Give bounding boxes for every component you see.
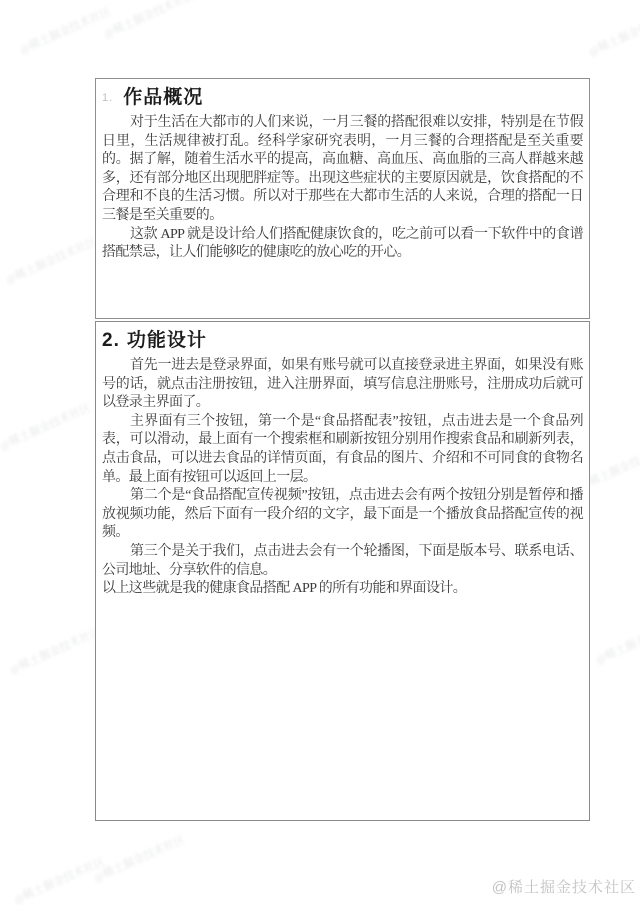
paragraph: 主界面有三个按钮，第一个是“食品搭配表”按钮，点击进去是一个食品列表，可以滑动，…: [102, 413, 583, 487]
diagonal-watermark: @稀土掘金技术社区: [593, 613, 640, 668]
diagonal-watermark: @稀土掘金技术社区: [91, 831, 187, 886]
section-overview-body: 对于生活在大都市的人们来说，一月三餐的搭配很难以安排，特别是在节假日里，生活规律…: [102, 114, 583, 263]
diagonal-watermark: @稀土掘金技术社区: [11, 853, 107, 906]
diagonal-watermark: @稀土掘金技术社区: [101, 0, 197, 41]
section-design-number: 2.: [102, 330, 120, 352]
scanned-document-page: @稀土掘金技术社区 @稀土掘金技术社区 @稀土掘金技术社区 @稀土掘金技术社区 …: [0, 0, 640, 906]
paragraph: 第三个是关于我们，点击进去会有一个轮播图，下面是版本号、联系电话、公司地址、分享…: [102, 543, 583, 580]
section-design-heading: 2.功能设计: [102, 330, 583, 352]
community-watermark: @稀土掘金技术社区: [492, 876, 636, 897]
diagonal-watermark: @稀土掘金技术社区: [17, 3, 113, 58]
section-overview-heading: 1.作品概况: [102, 87, 583, 109]
section-overview-number: 1.: [102, 87, 113, 109]
paragraph: 首先一进去是登录界面，如果有账号就可以直接登录进主界面，如果没有账号的话，就点击…: [102, 357, 583, 413]
section-design-title: 功能设计: [127, 330, 207, 351]
paragraph: 这款 APP 就是设计给人们搭配健康饮食的，吃之前可以看一下软件中的食谱搭配禁忌…: [102, 226, 583, 263]
diagonal-watermark: @稀土掘金技术社区: [0, 399, 93, 454]
diagonal-watermark: @稀土掘金技术社区: [7, 623, 103, 678]
section-design-box: 2.功能设计 首先一进去是登录界面，如果有账号就可以直接登录进主界面，如果没有账…: [95, 321, 590, 821]
section-overview-box: 1.作品概况 对于生活在大都市的人们来说，一月三餐的搭配很难以安排，特别是在节假…: [95, 78, 590, 319]
section-overview-title: 作品概况: [123, 87, 203, 108]
paragraph: 对于生活在大都市的人们来说，一月三餐的搭配很难以安排，特别是在节假日里，生活规律…: [102, 114, 583, 226]
diagonal-watermark: @稀土掘金技术社区: [3, 233, 99, 288]
paragraph: 第二个是“食品搭配宣传视频”按钮，点击进去会有两个按钮分别是暂停和播放视频功能，…: [102, 487, 583, 543]
diagonal-watermark: @稀土掘金技术社区: [586, 5, 640, 60]
section-design-body: 首先一进去是登录界面，如果有账号就可以直接登录进主界面，如果没有账号的话，就点击…: [102, 357, 583, 599]
closing-line: 以上这些就是我的健康食品搭配 APP 的所有功能和界面设计。: [102, 580, 583, 599]
